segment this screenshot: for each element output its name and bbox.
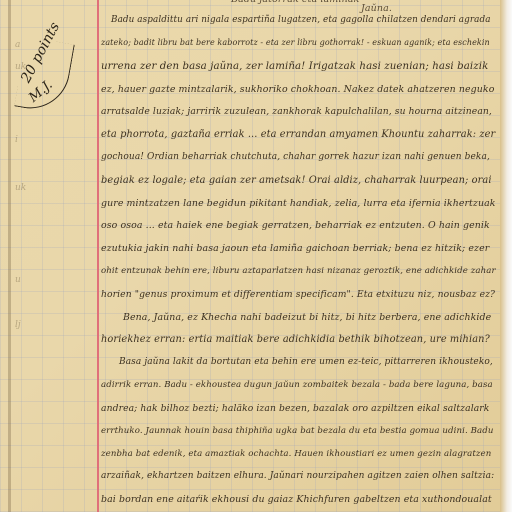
bleed-through-text: u	[15, 275, 21, 285]
text-line: Badu aspaldittu ari nigala espartiña lug…	[111, 15, 491, 25]
text-line: urrena zer den basa jaŭna, zer lamiña! I…	[101, 61, 488, 72]
text-line: arratsalde luziak; jarririk zuzulean, za…	[101, 106, 492, 117]
text-line: oso osoa ... eta haiek ene begiak gerrat…	[101, 220, 490, 231]
page-fold-shadow	[8, 0, 11, 512]
text-line: gochoua! Ordian beharriak chutchuta, cha…	[101, 152, 490, 162]
text-line: andrea; hak bilhoz bezti; haläko izan be…	[101, 403, 489, 414]
bleed-through-text: i	[15, 135, 18, 145]
header-title: Badu jatorrak eta laminak	[231, 0, 359, 5]
header-salutation: Jaŭna.	[361, 3, 392, 14]
bleed-through-text: a	[15, 40, 20, 50]
margin-rule	[97, 0, 99, 512]
text-line: Basa jaŭna lakit da bortutan eta behin e…	[119, 357, 493, 367]
page-edge	[500, 0, 512, 512]
text-line: arzaiñak, ekhartzen baitzen elhura. Jaŭn…	[101, 471, 494, 481]
text-line: ezutukia jakin nahi basa jaoun eta lamiñ…	[101, 243, 489, 254]
text-line: horien "genus proximum et differentiam s…	[101, 289, 495, 300]
text-line: begiak ez logale; eta gaian zer ametsak!…	[101, 175, 492, 186]
text-line: horiekhez erran: ertia maitiak bere adic…	[101, 334, 490, 345]
text-line: errthuko. Jaunnak houin basa thiphiña ug…	[101, 426, 494, 436]
text-line: zenbha bat edenik, eta amaztiak ochachta…	[101, 449, 491, 459]
bleed-through-text: lj	[15, 320, 21, 330]
notebook-page: a uk i uk u lj 20 points M.J. Badu jator…	[0, 0, 500, 512]
text-line: bai bordan ene aitaŕik ekhousi du gaiaz …	[101, 494, 492, 505]
text-line: ohit entzunak behin ere, liburu aztaparl…	[101, 266, 496, 276]
bleed-through-text: uk	[15, 183, 26, 193]
text-line: adirrik erran. Badu - ekhoustea dugun ja…	[101, 380, 493, 390]
text-line: eta phorrota, gaztaña erriak ... eta err…	[101, 129, 495, 140]
text-line: zateko; badit libru bat bere kaborrotz -…	[101, 38, 490, 47]
text-line: ez, hauer gazte mintzalarik, sukhoriko c…	[101, 84, 494, 95]
text-line: gure mintzatzen lane begidun pikitant ha…	[101, 198, 496, 209]
text-line: Bena, Jaŭna, ez Khecha nahi badeizut bi …	[123, 312, 491, 323]
